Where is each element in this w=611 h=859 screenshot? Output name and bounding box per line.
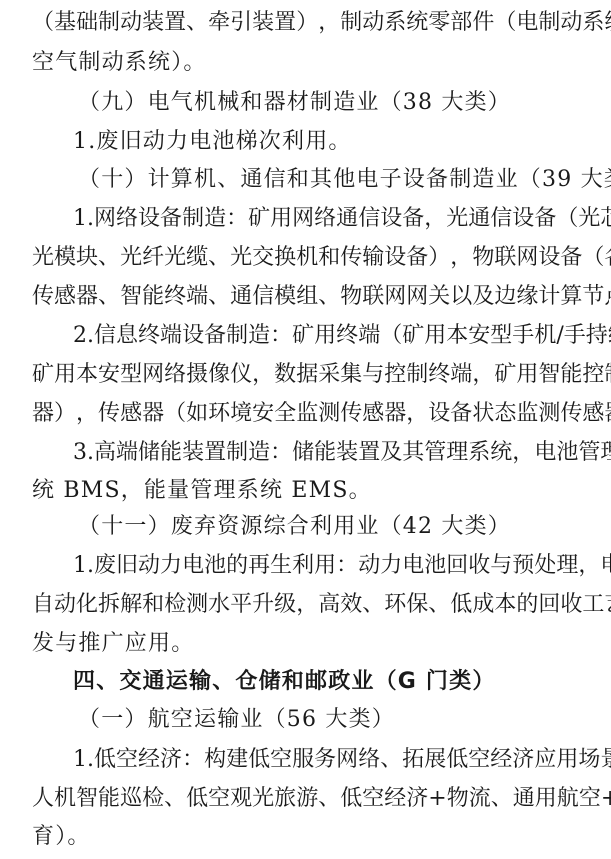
text-line: 统 BMS，能量管理系统 EMS。 xyxy=(32,476,372,506)
text-line: 1.网络设备制造：矿用网络通信设备，光通信设备（光芯片、 xyxy=(73,204,580,234)
text-line: 1.废旧动力电池的再生利用：动力电池回收与预处理，电池 xyxy=(73,551,580,581)
section-heading: 四、交通运输、仓储和邮政业（G 门类） xyxy=(73,667,496,697)
text-line: 自动化拆解和检测水平升级，高效、环保、低成本的回收工艺开 xyxy=(32,590,580,620)
text-line: 人机智能巡检、低空观光旅游、低空经济+物流、通用航空+体 xyxy=(32,784,580,814)
text-line: （十）计算机、通信和其他电子设备制造业（39 大类） xyxy=(78,165,611,195)
text-line: 矿用本安型网络摄像仪，数据采集与控制终端，矿用智能控制 xyxy=(32,360,580,390)
text-line: 3.高端储能装置制造：储能装置及其管理系统，电池管理系 xyxy=(73,438,580,468)
text-line: 育）。 xyxy=(32,822,91,852)
text-line: 空气制动系统）。 xyxy=(32,48,207,78)
text-line: 发与推广应用。 xyxy=(32,629,194,659)
text-line: （九）电气机械和器材制造业（38 大类） xyxy=(78,88,511,118)
text-line: 2.信息终端设备制造：矿用终端（矿用本安型手机/手持终端， xyxy=(73,321,580,351)
text-line: （基础制动装置、牵引装置），制动系统零部件（电制动系统、 xyxy=(32,8,580,38)
text-line: 1.低空经济：构建低空服务网络、拓展低空经济应用场景（无 xyxy=(73,745,580,775)
text-line: （一）航空运输业（56 大类） xyxy=(78,705,395,735)
text-line: 1.废旧动力电池梯次利用。 xyxy=(73,127,352,157)
text-line: 器），传感器（如环境安全监测传感器，设备状态监测传感器）。 xyxy=(32,399,580,429)
text-line: 光模块、光纤光缆、光交换机和传输设备），物联网设备（各类 xyxy=(32,243,580,273)
text-line: 传感器、智能终端、通信模组、物联网网关以及边缘计算节点）。 xyxy=(32,282,580,312)
text-line: （十一）废弃资源综合利用业（42 大类） xyxy=(78,512,511,542)
